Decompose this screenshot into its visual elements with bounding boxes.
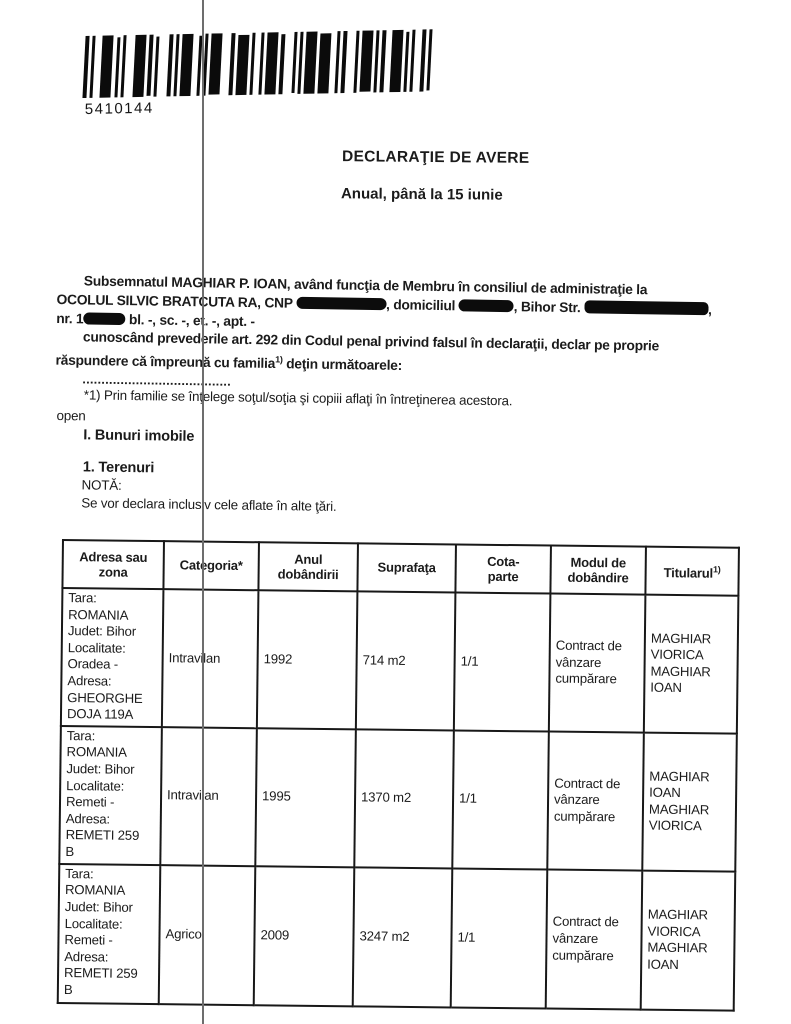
barcode-bar: [340, 31, 347, 93]
cell-categoria: Intravilan: [162, 589, 259, 728]
column-header-cota: Cota- parte: [455, 544, 551, 593]
cell-adresa: Tara: ROMANIA Judet: Bihor Localitate: O…: [61, 588, 164, 727]
cell-titularul: MAGHIAR IOAN MAGHIAR VIORICA: [642, 732, 737, 871]
scan-artifact-line: [202, 0, 204, 1024]
barcode-bar: [278, 35, 285, 95]
document-title: DECLARAŢIE DE AVERE: [342, 148, 530, 168]
titular-sup: 1): [713, 564, 721, 574]
cell-anul: 1995: [255, 728, 356, 867]
cell-modul: Contract de vânzare cumpărare: [546, 869, 643, 1009]
notes-and-headings: *1) Prin familie se înţelege soţul/soţia…: [55, 385, 512, 517]
barcode-bar: [426, 29, 432, 90]
barcode-bar: [419, 29, 426, 91]
cell-modul: Contract de vânzare cumpărare: [547, 731, 644, 870]
footnote-ref-sup: 1): [275, 355, 283, 365]
barcode-bar: [89, 36, 95, 98]
cell-modul: Contract de vânzare cumpărare: [549, 594, 646, 733]
barcode-bar: [153, 37, 159, 97]
barcode-bar: [114, 38, 120, 98]
cell-suprafata: 1370 m2: [354, 729, 454, 868]
column-header-modul: Modul de dobândire: [550, 546, 646, 595]
cell-titularul: MAGHIAR VIORICA MAGHIAR IOAN: [641, 870, 736, 1010]
column-header-adresa: Adresa sau zona: [62, 540, 164, 589]
barcode-bar: [120, 35, 126, 97]
cell-cota: 1/1: [454, 592, 551, 731]
barcode-bar: [303, 32, 317, 94]
barcode-bar: [132, 35, 146, 97]
barcode-bar: [353, 31, 359, 93]
cell-anul: 2009: [254, 866, 355, 1006]
column-header-titularul: Titularul1): [645, 547, 739, 596]
barcode-bar: [334, 31, 340, 93]
redaction-domiciliu: [459, 299, 514, 312]
cell-cota: 1/1: [452, 730, 549, 869]
cell-categoria: Intravilan: [160, 727, 257, 866]
cell-categoria: Agricol: [159, 865, 256, 1005]
barcode-bar: [179, 34, 193, 96]
declaration-intro: Subsemnatul MAGHIAR P. IOAN, având funcţ…: [55, 272, 757, 396]
barcode-bar: [258, 33, 264, 95]
column-header-categoria: Categoria*: [163, 541, 259, 590]
barcode-bars: [82, 29, 432, 98]
redaction-cnp: [296, 297, 386, 310]
barcode-bar: [291, 32, 297, 93]
scanned-document-page: 5410144 DECLARAŢIE DE AVERE Anual, până …: [0, 0, 791, 1024]
barcode-bar: [147, 35, 154, 96]
cell-suprafata: 714 m2: [356, 591, 456, 730]
redaction-numar: [83, 312, 125, 325]
barcode-bar: [317, 34, 331, 94]
terenuri-table: Adresa sau zona Categoria* Anul dobândir…: [57, 539, 740, 1011]
barcode-bar: [389, 30, 403, 92]
barcode-bar: [264, 32, 278, 94]
column-header-anul: Anul dobândirii: [258, 542, 358, 591]
cell-adresa: Tara: ROMANIA Judet: Bihor Localitate: R…: [59, 726, 162, 865]
document-subtitle: Anual, până la 15 iunie: [341, 185, 503, 203]
barcode-number: 5410144: [85, 94, 432, 118]
barcode-bar: [297, 32, 303, 94]
barcode-bar: [99, 35, 113, 97]
barcode-bar: [228, 33, 235, 95]
barcode-bar: [208, 33, 222, 94]
cell-anul: 1992: [257, 590, 358, 729]
barcode-bar: [409, 30, 415, 92]
barcode-bar: [82, 36, 89, 98]
table-header-row: Adresa sau zona Categoria* Anul dobândir…: [62, 540, 739, 596]
barcode-bar: [235, 35, 249, 95]
table-row: Tara: ROMANIA Judet: Bihor Localitate: O…: [61, 588, 739, 733]
cell-cota: 1/1: [451, 868, 548, 1008]
barcode-bar: [379, 30, 386, 92]
column-header-suprafata: Suprafaţa: [357, 543, 456, 592]
barcode-bar: [373, 30, 379, 92]
barcode-bar: [359, 30, 373, 91]
cell-titularul: MAGHIAR VIORICA MAGHIAR IOAN: [644, 595, 739, 734]
barcode: 5410144: [83, 29, 432, 118]
barcode-bar: [166, 34, 173, 96]
barcode-bar: [403, 32, 409, 92]
barcode-bar: [173, 34, 179, 96]
redaction-strada: [584, 300, 708, 315]
cell-adresa: Tara: ROMANIA Judet: Bihor Localitate: R…: [58, 864, 161, 1004]
table-row: Tara: ROMANIA Judet: Bihor Localitate: R…: [58, 864, 736, 1011]
barcode-bar: [249, 33, 255, 95]
table-row: Tara: ROMANIA Judet: Bihor Localitate: R…: [59, 726, 737, 872]
cell-suprafata: 3247 m2: [353, 867, 453, 1007]
